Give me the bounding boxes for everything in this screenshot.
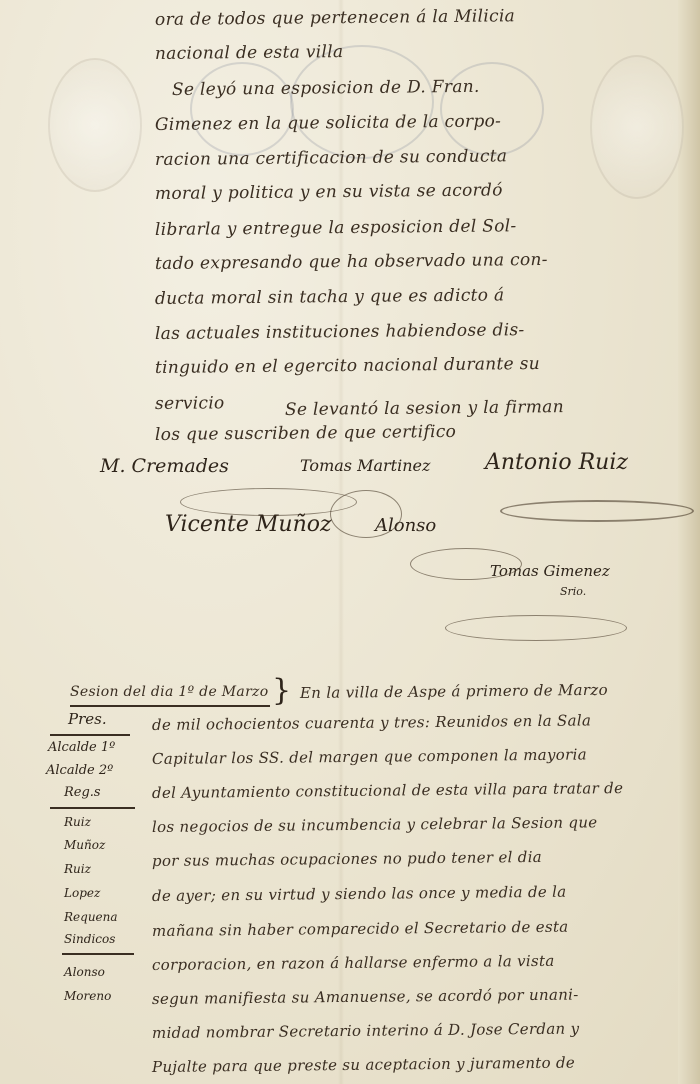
text-line: ora de todos que pertenecen á la Milicia (155, 6, 515, 30)
text-line: las actuales instituciones habiendose di… (155, 320, 525, 344)
text-line: segun manifiesta su Amanuense, se acordó… (152, 986, 579, 1008)
tax-stamp-left-icon (190, 62, 294, 156)
document-page: ora de todos que pertenecen á la Milicia… (0, 0, 700, 1084)
text-line: moral y politica y en su vista se acordó (155, 180, 503, 204)
text-line: Gimenez en la que solicita de la corpo- (155, 111, 501, 135)
rubric-flourish (330, 490, 402, 538)
text-line: midad nombrar Secretario interino á D. J… (152, 1020, 580, 1042)
rubric-flourish (410, 548, 522, 580)
embossed-seal-left (48, 58, 142, 192)
text-line: Se leyó una esposicion de D. Fran. (172, 77, 480, 100)
heading-underline (70, 705, 270, 707)
text-line: del Ayuntamiento constitucional de esta … (152, 779, 623, 802)
rubric-flourish (500, 500, 694, 522)
brace-icon: } (272, 676, 291, 706)
text-line: ducta moral sin tacha y que es adicto á (155, 285, 505, 309)
text-line: tado expresando que ha observado una con… (155, 250, 548, 274)
margin-item: Moreno (64, 989, 111, 1003)
margin-rule (50, 807, 135, 809)
text-line: corporacion, en razon á hallarse enfermo… (152, 952, 555, 974)
text-line: de mil ochocientos cuarenta y tres: Reun… (152, 711, 591, 734)
signature: Tomas Martinez (300, 456, 430, 475)
text-line: mañana sin haber comparecido el Secretar… (152, 918, 569, 940)
margin-item: Sindicos (64, 932, 115, 946)
text-line: tinguido en el egercito nacional durante… (155, 354, 540, 378)
text-line: Capitular los SS. del margen que compone… (152, 745, 587, 768)
text-line: racion una certificacion de su conducta (155, 146, 508, 170)
margin-item: Requena (64, 910, 118, 924)
text-line: En la villa de Aspe á primero de Marzo (300, 681, 608, 702)
rubric-flourish (445, 615, 627, 641)
embossed-seal-right (590, 55, 684, 199)
text-line: los negocios de su incumbencia y celebra… (152, 813, 598, 836)
text-line: Pujalte para que preste su aceptacion y … (152, 1054, 575, 1076)
text-line: Se levantó la sesion y la firman (285, 397, 564, 420)
text-line: nacional de esta villa (155, 42, 344, 64)
margin-item: Alcalde 1º (48, 740, 115, 755)
margin-item: Ruiz (64, 862, 91, 876)
text-line: de ayer; en su virtud y siendo las once … (152, 883, 567, 905)
margin-item: Alonso (64, 965, 105, 979)
session-heading: Sesion del dia 1º de Marzo (70, 684, 268, 700)
margin-item: Muñoz (64, 838, 105, 852)
margin-item: Ruiz (64, 815, 91, 829)
margin-item: Alcalde 2º (46, 763, 113, 778)
page-edge (678, 0, 700, 1084)
text-line: librarla y entregue la esposicion del So… (155, 216, 517, 240)
margin-item: Lopez (64, 886, 100, 900)
signature: M. Cremades (100, 455, 229, 477)
margin-rule (50, 734, 130, 736)
text-line: los que suscriben de que certifico (155, 422, 456, 445)
margin-item: Reg.s (64, 785, 101, 800)
margin-rule (62, 953, 134, 955)
signature: Antonio Ruiz (485, 450, 628, 475)
text-line: servicio (155, 393, 225, 414)
text-line: por sus muchas ocupaciones no pudo tener… (152, 848, 542, 870)
signature: Vicente Muñoz (165, 512, 332, 537)
signature: Srio. (560, 585, 586, 598)
margin-item: Pres. (68, 710, 107, 728)
